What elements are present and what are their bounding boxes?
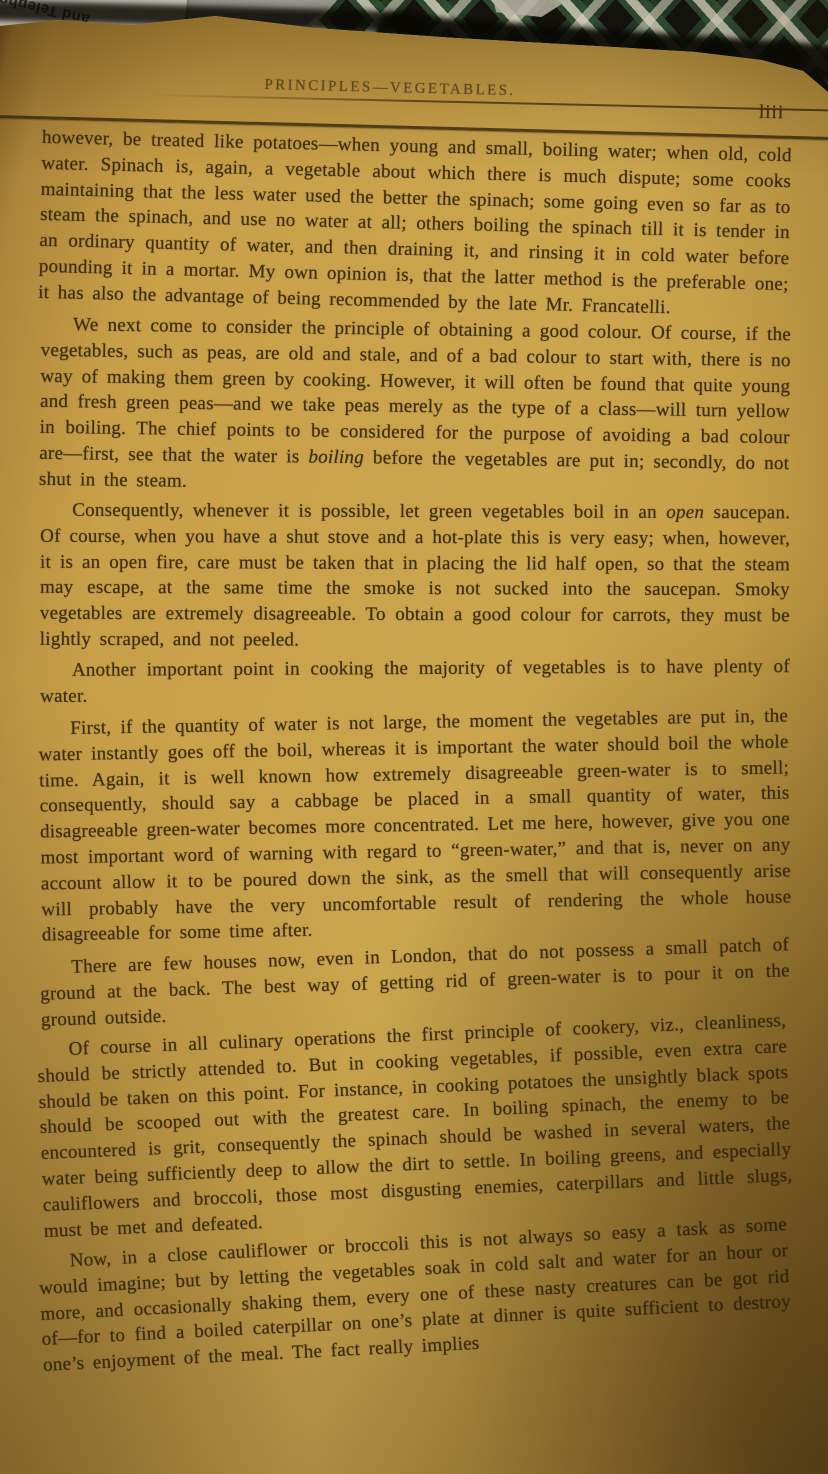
paragraph: We next come to consider the principle o… xyxy=(39,311,791,502)
photo-scene: and Telephon PRINCIPLES—VEGETABLES. liii… xyxy=(0,0,828,1474)
paragraph: Consequently, whenever it is possible, l… xyxy=(40,498,791,655)
paragraph: Another important point in cooking the m… xyxy=(40,654,790,710)
text-block: however, be treated like potatoes—when y… xyxy=(0,122,828,1360)
book-page: PRINCIPLES—VEGETABLES. liii however, be … xyxy=(0,16,828,1474)
paragraph: First, if the quantity of water is not l… xyxy=(38,703,792,948)
paragraph: however, be treated like potatoes—when y… xyxy=(38,125,792,324)
paragraph: Of course in all culinary operations the… xyxy=(36,1008,794,1244)
page-number: liii xyxy=(759,102,785,125)
